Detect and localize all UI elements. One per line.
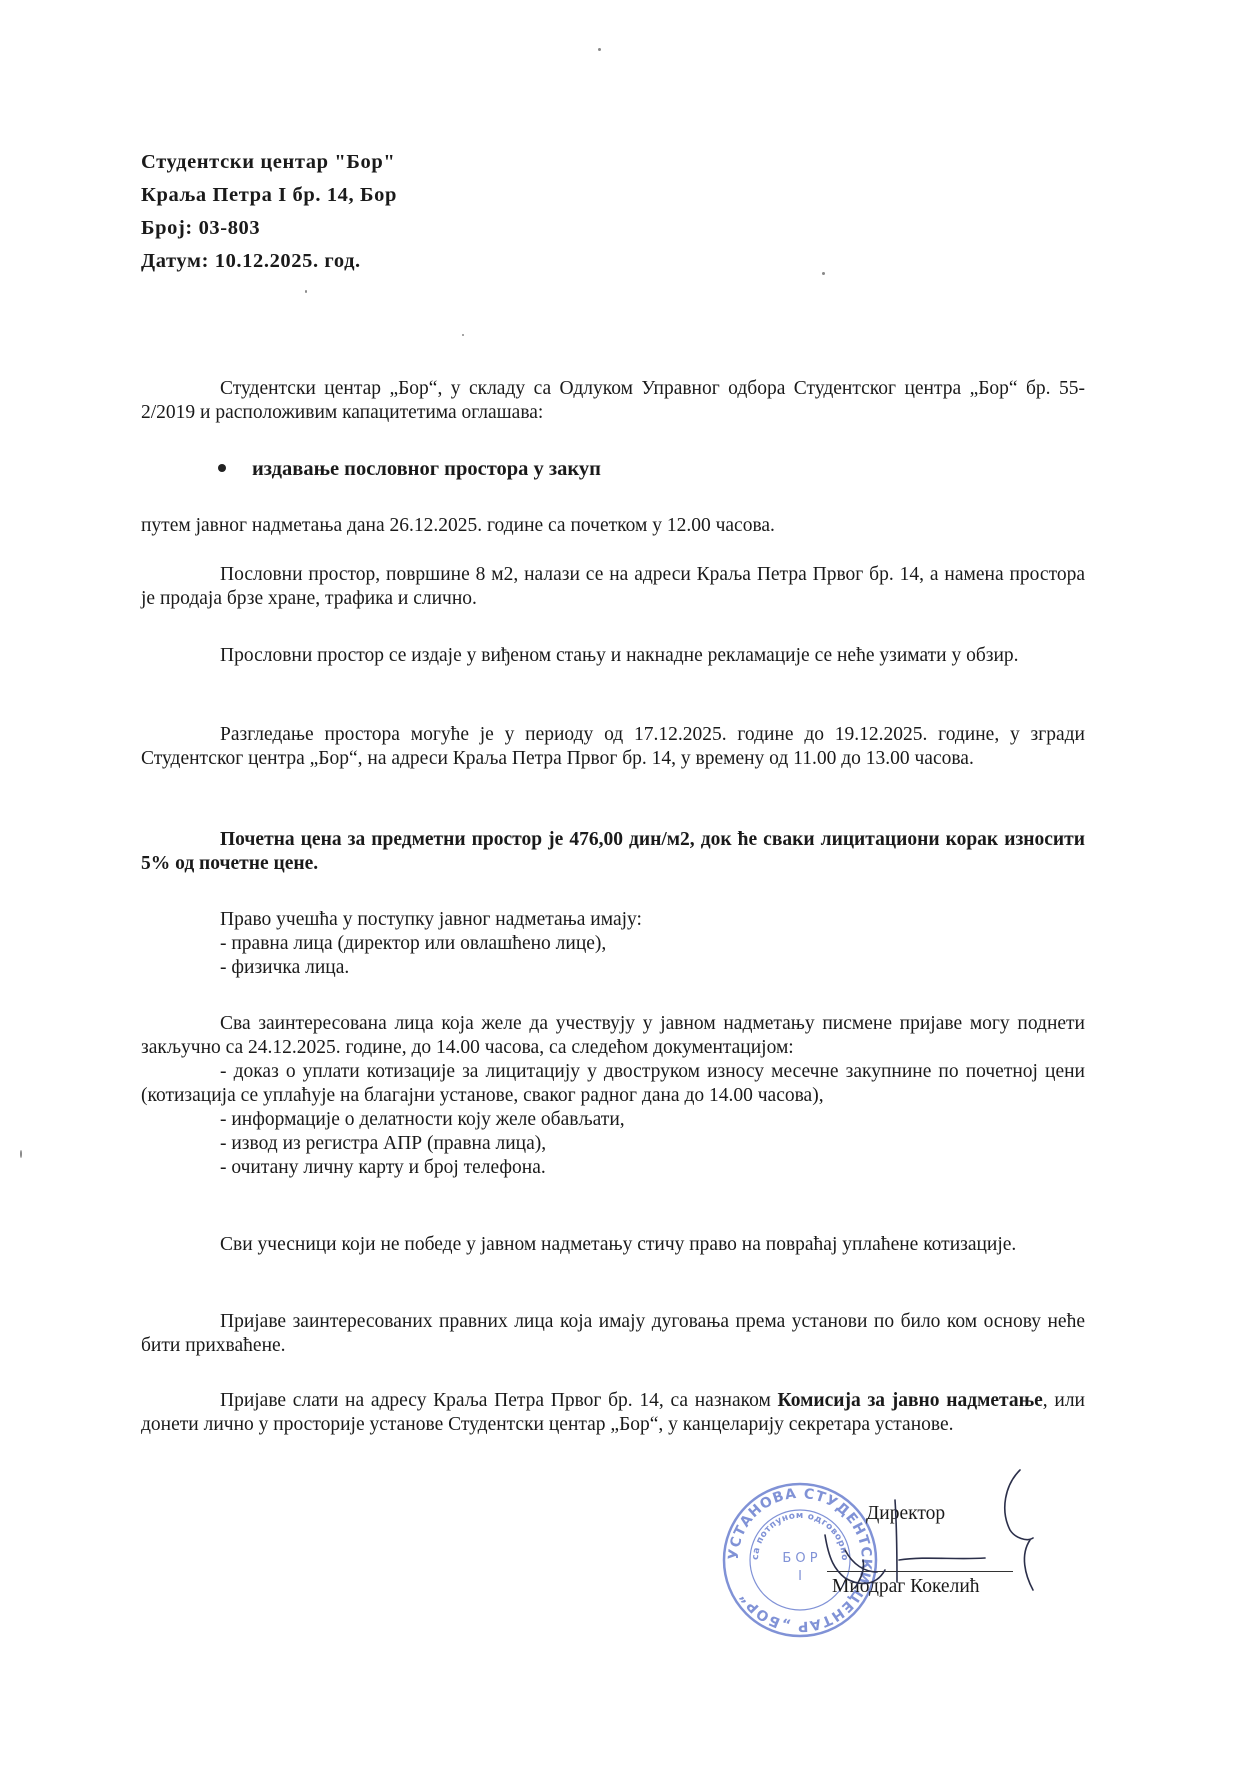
participation-item: - физичка лица.: [220, 956, 642, 980]
document-number: Број: 03-803: [141, 212, 397, 245]
scan-speck: [462, 334, 464, 336]
institution-name: Студентски центар "Бор": [141, 146, 397, 179]
scan-speck: [598, 48, 601, 51]
application-doc-payment: - доказ о уплати котизације за лицитациј…: [141, 1060, 1085, 1108]
commission-label: Комисија за јавно надметање: [778, 1390, 1043, 1411]
refund-paragraph: Сви учесници који не победе у јавном над…: [141, 1233, 1085, 1257]
announcement-text: издавање пословног простора у закуп: [252, 458, 601, 480]
submission-text: Пријаве слати на адресу Краља Петра Прво…: [220, 1390, 778, 1411]
application-docs-list: - информације о делатности коју желе оба…: [220, 1108, 625, 1180]
application-doc-item: - извод из регистра АПР (правна лица),: [220, 1132, 625, 1156]
viewing-paragraph: Разгледање простора могуће је у периоду …: [141, 723, 1085, 771]
submission-paragraph: Пријаве слати на адресу Краља Петра Прво…: [141, 1389, 1085, 1437]
letterhead: Студентски центар "Бор" Краља Петра I бр…: [141, 146, 397, 278]
participation-item: - правна лица (директор или овлашћено ли…: [220, 932, 642, 956]
stamp-center-bottom: I: [798, 1569, 802, 1584]
price-paragraph: Почетна цена за предметни простор је 476…: [141, 828, 1085, 876]
space-description-paragraph: Пословни простор, површине 8 м2, налази …: [141, 563, 1085, 611]
participation-title: Право учешћа у поступку јавног надметања…: [220, 908, 642, 932]
handwritten-signature-icon: [815, 1460, 1065, 1600]
bullet-icon: [218, 464, 226, 472]
application-intro-paragraph: Сва заинтересована лица која желе да уче…: [141, 1012, 1085, 1060]
document-date: Датум: 10.12.2025. год.: [141, 245, 397, 278]
announcement-item: издавање пословног простора у закуп: [218, 458, 601, 481]
debts-paragraph: Пријаве заинтересованих правних лица кој…: [141, 1310, 1085, 1358]
intro-paragraph: Студентски центар „Бор“, у складу са Одл…: [141, 377, 1085, 425]
condition-paragraph: Прословни простор се издаје у виђеном ст…: [141, 644, 1085, 668]
stamp-center-top: Б О Р: [782, 1551, 817, 1566]
participation-list: Право учешћа у поступку јавног надметања…: [220, 908, 642, 980]
application-doc-item: - очитану личну карту и број телефона.: [220, 1156, 625, 1180]
scan-speck: [305, 290, 307, 293]
application-doc-item: - информације о делатности коју желе оба…: [220, 1108, 625, 1132]
auction-date-paragraph: путем јавног надметања дана 26.12.2025. …: [141, 514, 1085, 538]
scan-speck: [20, 1150, 22, 1158]
institution-address: Краља Петра I бр. 14, Бор: [141, 179, 397, 212]
scan-speck: [822, 272, 825, 275]
